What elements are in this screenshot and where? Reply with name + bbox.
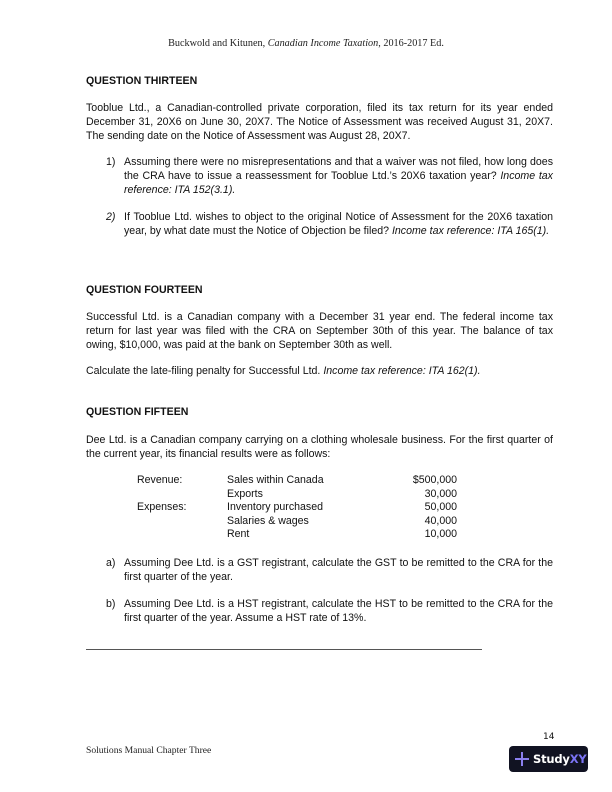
item-text: Assuming Dee Ltd. is a GST registrant, c… [124, 556, 553, 584]
badge-text-main: Study [533, 752, 570, 766]
section-divider [86, 649, 482, 650]
item-question: Assuming there were no misrepresentation… [124, 156, 553, 182]
item-number: a) [106, 556, 115, 570]
studyxy-badge[interactable]: StudyXY [509, 746, 588, 772]
row-item: Rent [227, 528, 249, 542]
running-header: Buckwold and Kitunen, Canadian Income Ta… [0, 38, 612, 49]
row-amount: 10,000 [425, 528, 457, 542]
plus-icon [515, 752, 529, 766]
row-item: Sales within Canada [227, 474, 324, 488]
task-text: Calculate the late-filing penalty for Su… [86, 365, 323, 377]
badge-label: StudyXY [533, 752, 587, 766]
row-amount: 50,000 [425, 501, 457, 515]
financial-row: Salaries & wages 40,000 [137, 515, 457, 529]
row-amount: 40,000 [425, 515, 457, 529]
question-fifteen-title: QUESTION FIFTEEN [86, 406, 188, 418]
row-category: Revenue: [137, 474, 182, 488]
item-text: If Tooblue Ltd. wishes to object to the … [124, 210, 553, 238]
row-item: Inventory purchased [227, 501, 323, 515]
question-thirteen-title: QUESTION THIRTEEN [86, 75, 197, 87]
financial-row: Expenses: Inventory purchased 50,000 [137, 501, 457, 515]
item-text: Assuming there were no misrepresentation… [124, 155, 553, 197]
item-text: Assuming Dee Ltd. is a HST registrant, c… [124, 597, 553, 625]
financial-row: Exports 30,000 [137, 488, 457, 502]
item-number: 1) [106, 155, 115, 169]
row-item: Salaries & wages [227, 515, 309, 529]
header-book-title: Canadian Income Taxation [268, 38, 379, 49]
header-edition: , 2016-2017 Ed. [378, 38, 444, 49]
financial-row: Revenue: Sales within Canada $500,000 [137, 474, 457, 488]
item-number: 2) [106, 210, 115, 224]
question-thirteen-intro: Tooblue Ltd., a Canadian-controlled priv… [86, 101, 553, 143]
question-thirteen-item-2: 2) If Tooblue Ltd. wishes to object to t… [106, 210, 553, 238]
financial-results-table: Revenue: Sales within Canada $500,000 Ex… [137, 474, 457, 542]
question-fourteen-intro: Successful Ltd. is a Canadian company wi… [86, 310, 553, 352]
question-fourteen-task: Calculate the late-filing penalty for Su… [86, 364, 553, 378]
badge-text-accent: XY [570, 752, 587, 766]
footer-chapter: Solutions Manual Chapter Three [86, 745, 211, 756]
row-amount: $500,000 [413, 474, 457, 488]
task-reference: Income tax reference: ITA 162(1). [323, 365, 480, 377]
question-fifteen-item-a: a) Assuming Dee Ltd. is a GST registrant… [106, 556, 553, 584]
question-fourteen-title: QUESTION FOURTEEN [86, 284, 203, 296]
question-fifteen-item-b: b) Assuming Dee Ltd. is a HST registrant… [106, 597, 553, 625]
row-item: Exports [227, 488, 263, 502]
row-amount: 30,000 [425, 488, 457, 502]
row-category: Expenses: [137, 501, 186, 515]
financial-row: Rent 10,000 [137, 528, 457, 542]
question-thirteen-item-1: 1) Assuming there were no misrepresentat… [106, 155, 553, 197]
question-fifteen-intro: Dee Ltd. is a Canadian company carrying … [86, 433, 553, 461]
page-number: 14 [543, 732, 554, 742]
header-authors: Buckwold and Kitunen, [168, 38, 268, 49]
item-reference: Income tax reference: ITA 165(1). [392, 225, 549, 237]
item-number: b) [106, 597, 115, 611]
